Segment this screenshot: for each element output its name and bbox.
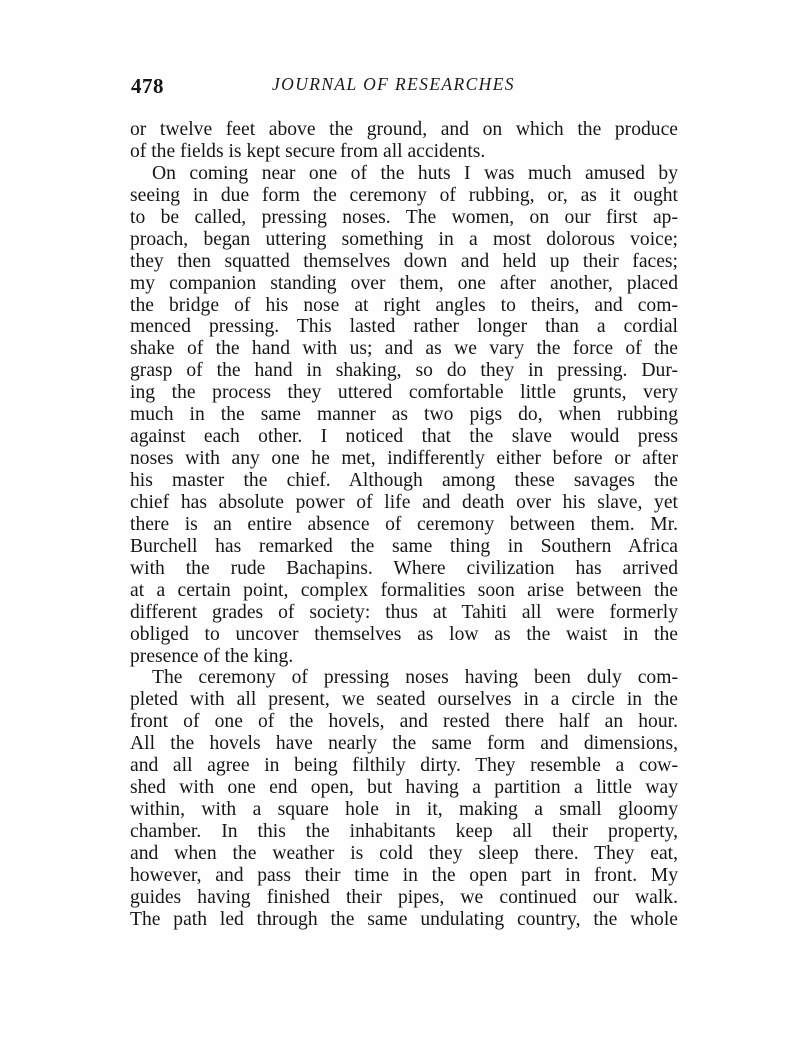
page-number: 478: [131, 74, 164, 99]
text-line: shed with one end open, but having a par…: [130, 777, 678, 799]
text-line: the bridge of his nose at right angles t…: [130, 295, 678, 317]
text-line: guides having finished their pipes, we c…: [130, 887, 678, 909]
text-line: All the hovels have nearly the same form…: [130, 733, 678, 755]
text-line: there is an entire absence of ceremony b…: [130, 514, 678, 536]
text-line: and when the weather is cold they sleep …: [130, 843, 678, 865]
text-line: The path led through the same undulating…: [130, 909, 678, 931]
running-title: JOURNAL OF RESEARCHES: [272, 74, 515, 95]
text-line: noses with any one he met, indifferently…: [130, 448, 678, 470]
text-line: Burchell has remarked the same thing in …: [130, 536, 678, 558]
text-line: or twelve feet above the ground, and on …: [130, 119, 678, 141]
body-text: or twelve feet above the ground, and on …: [130, 119, 678, 931]
text-line: his master the chief. Although among the…: [130, 470, 678, 492]
text-line: seeing in due form the ceremony of rubbi…: [130, 185, 678, 207]
running-head: 478 JOURNAL OF RESEARCHES: [131, 74, 677, 100]
text-line: of the fields is kept secure from all ac…: [130, 141, 678, 163]
text-line: against each other. I noticed that the s…: [130, 426, 678, 448]
text-line: and all agree in being filthily dirty. T…: [130, 755, 678, 777]
text-line: my companion standing over them, one aft…: [130, 273, 678, 295]
text-line: they then squatted themselves down and h…: [130, 251, 678, 273]
text-line: much in the same manner as two pigs do, …: [130, 404, 678, 426]
text-line: shake of the hand with us; and as we var…: [130, 338, 678, 360]
text-line: within, with a square hole in it, making…: [130, 799, 678, 821]
text-line: to be called, pressing noses. The women,…: [130, 207, 678, 229]
text-line: different grades of society: thus at Tah…: [130, 602, 678, 624]
paragraph-first-line: The ceremony of pressing noses having be…: [130, 667, 678, 689]
text-line: front of one of the hovels, and rested t…: [130, 711, 678, 733]
text-line: obliged to uncover themselves as low as …: [130, 624, 678, 646]
paragraph-first-line: On coming near one of the huts I was muc…: [130, 163, 678, 185]
book-page: 478 JOURNAL OF RESEARCHES or twelve feet…: [0, 0, 800, 1050]
text-line: grasp of the hand in shaking, so do they…: [130, 360, 678, 382]
text-line: with the rude Bachapins. Where civilizat…: [130, 558, 678, 580]
text-line: chamber. In this the inhabitants keep al…: [130, 821, 678, 843]
text-line: at a certain point, complex formalities …: [130, 580, 678, 602]
text-line: presence of the king.: [130, 646, 678, 668]
text-line: chief has absolute power of life and dea…: [130, 492, 678, 514]
text-line: pleted with all present, we seated ourse…: [130, 689, 678, 711]
text-line: ing the process they uttered comfortable…: [130, 382, 678, 404]
text-line: proach, began uttering something in a mo…: [130, 229, 678, 251]
text-line: however, and pass their time in the open…: [130, 865, 678, 887]
text-line: menced pressing. This lasted rather long…: [130, 316, 678, 338]
